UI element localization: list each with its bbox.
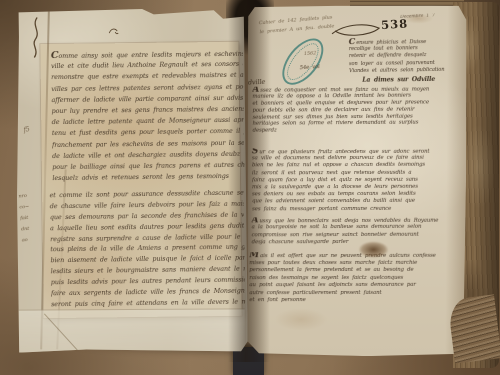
right-page: Cahier de 142 feuillets plusle premier A… bbox=[246, 4, 467, 357]
manuscript-paragraph: Assez de conquestier ont mot ses fainz o… bbox=[252, 85, 460, 135]
margin-keyword: Odville bbox=[243, 78, 266, 87]
summary-annotation: Censure phisicius et Duisserecollige tou… bbox=[349, 37, 464, 76]
ink-squiggle-mark bbox=[28, 15, 44, 59]
margin-notes: nroco~faitdntao bbox=[18, 190, 48, 247]
manuscript-line: Viandes et aultres selon publication bbox=[349, 67, 463, 76]
paper-stain bbox=[266, 304, 336, 334]
manuscript-line: ao bbox=[21, 233, 48, 246]
manuscript-paragraph: Aussy que les bonneclairs soit desja nos… bbox=[252, 217, 456, 247]
ink-stain-blotch bbox=[354, 239, 392, 260]
manuscript-line: desperdz bbox=[253, 127, 461, 135]
manuscript-line: desja chascune saulvegarde parler bbox=[252, 239, 456, 247]
library-oval-stamp-icon bbox=[274, 31, 331, 92]
manuscript-text-block: Comme ainsy soit que entre lesdits majeu… bbox=[51, 48, 245, 185]
manuscript-paragraph: Mais il est offert que sur ne peuvent pr… bbox=[249, 252, 457, 305]
manuscript-text-block: et comme ilz sont pour assurance dessusd… bbox=[50, 188, 246, 310]
bottom-corner-leaf-edges bbox=[447, 294, 500, 363]
manuscript-line: ses fainz du messager portant commune cr… bbox=[252, 205, 460, 213]
paraph-flourish bbox=[330, 21, 382, 39]
manuscript-paragraph: Sur ce que plusieurs fruitz antecedens q… bbox=[252, 148, 460, 213]
manuscript-line: et en font personne bbox=[249, 297, 457, 305]
manuscript-line: lesquelz advis et retenues seront les ge… bbox=[52, 171, 244, 185]
section-heading: La dimes sur Odville bbox=[344, 76, 454, 84]
margin-mark: f5 bbox=[23, 126, 30, 134]
small-ink-mark bbox=[107, 26, 119, 36]
manuscript-photo: f5 nroco~faitdntao Comme ainsy soit que … bbox=[0, 0, 500, 375]
stamp-inner-ring bbox=[281, 38, 324, 85]
manuscript-line: Mais il est offert que sur ne peuvent pr… bbox=[249, 252, 457, 260]
left-page: f5 nroco~faitdntao Comme ainsy soit que … bbox=[15, 8, 248, 352]
shelf-note: 54e vol bbox=[300, 64, 320, 71]
parchment-cover-strip bbox=[19, 308, 245, 352]
